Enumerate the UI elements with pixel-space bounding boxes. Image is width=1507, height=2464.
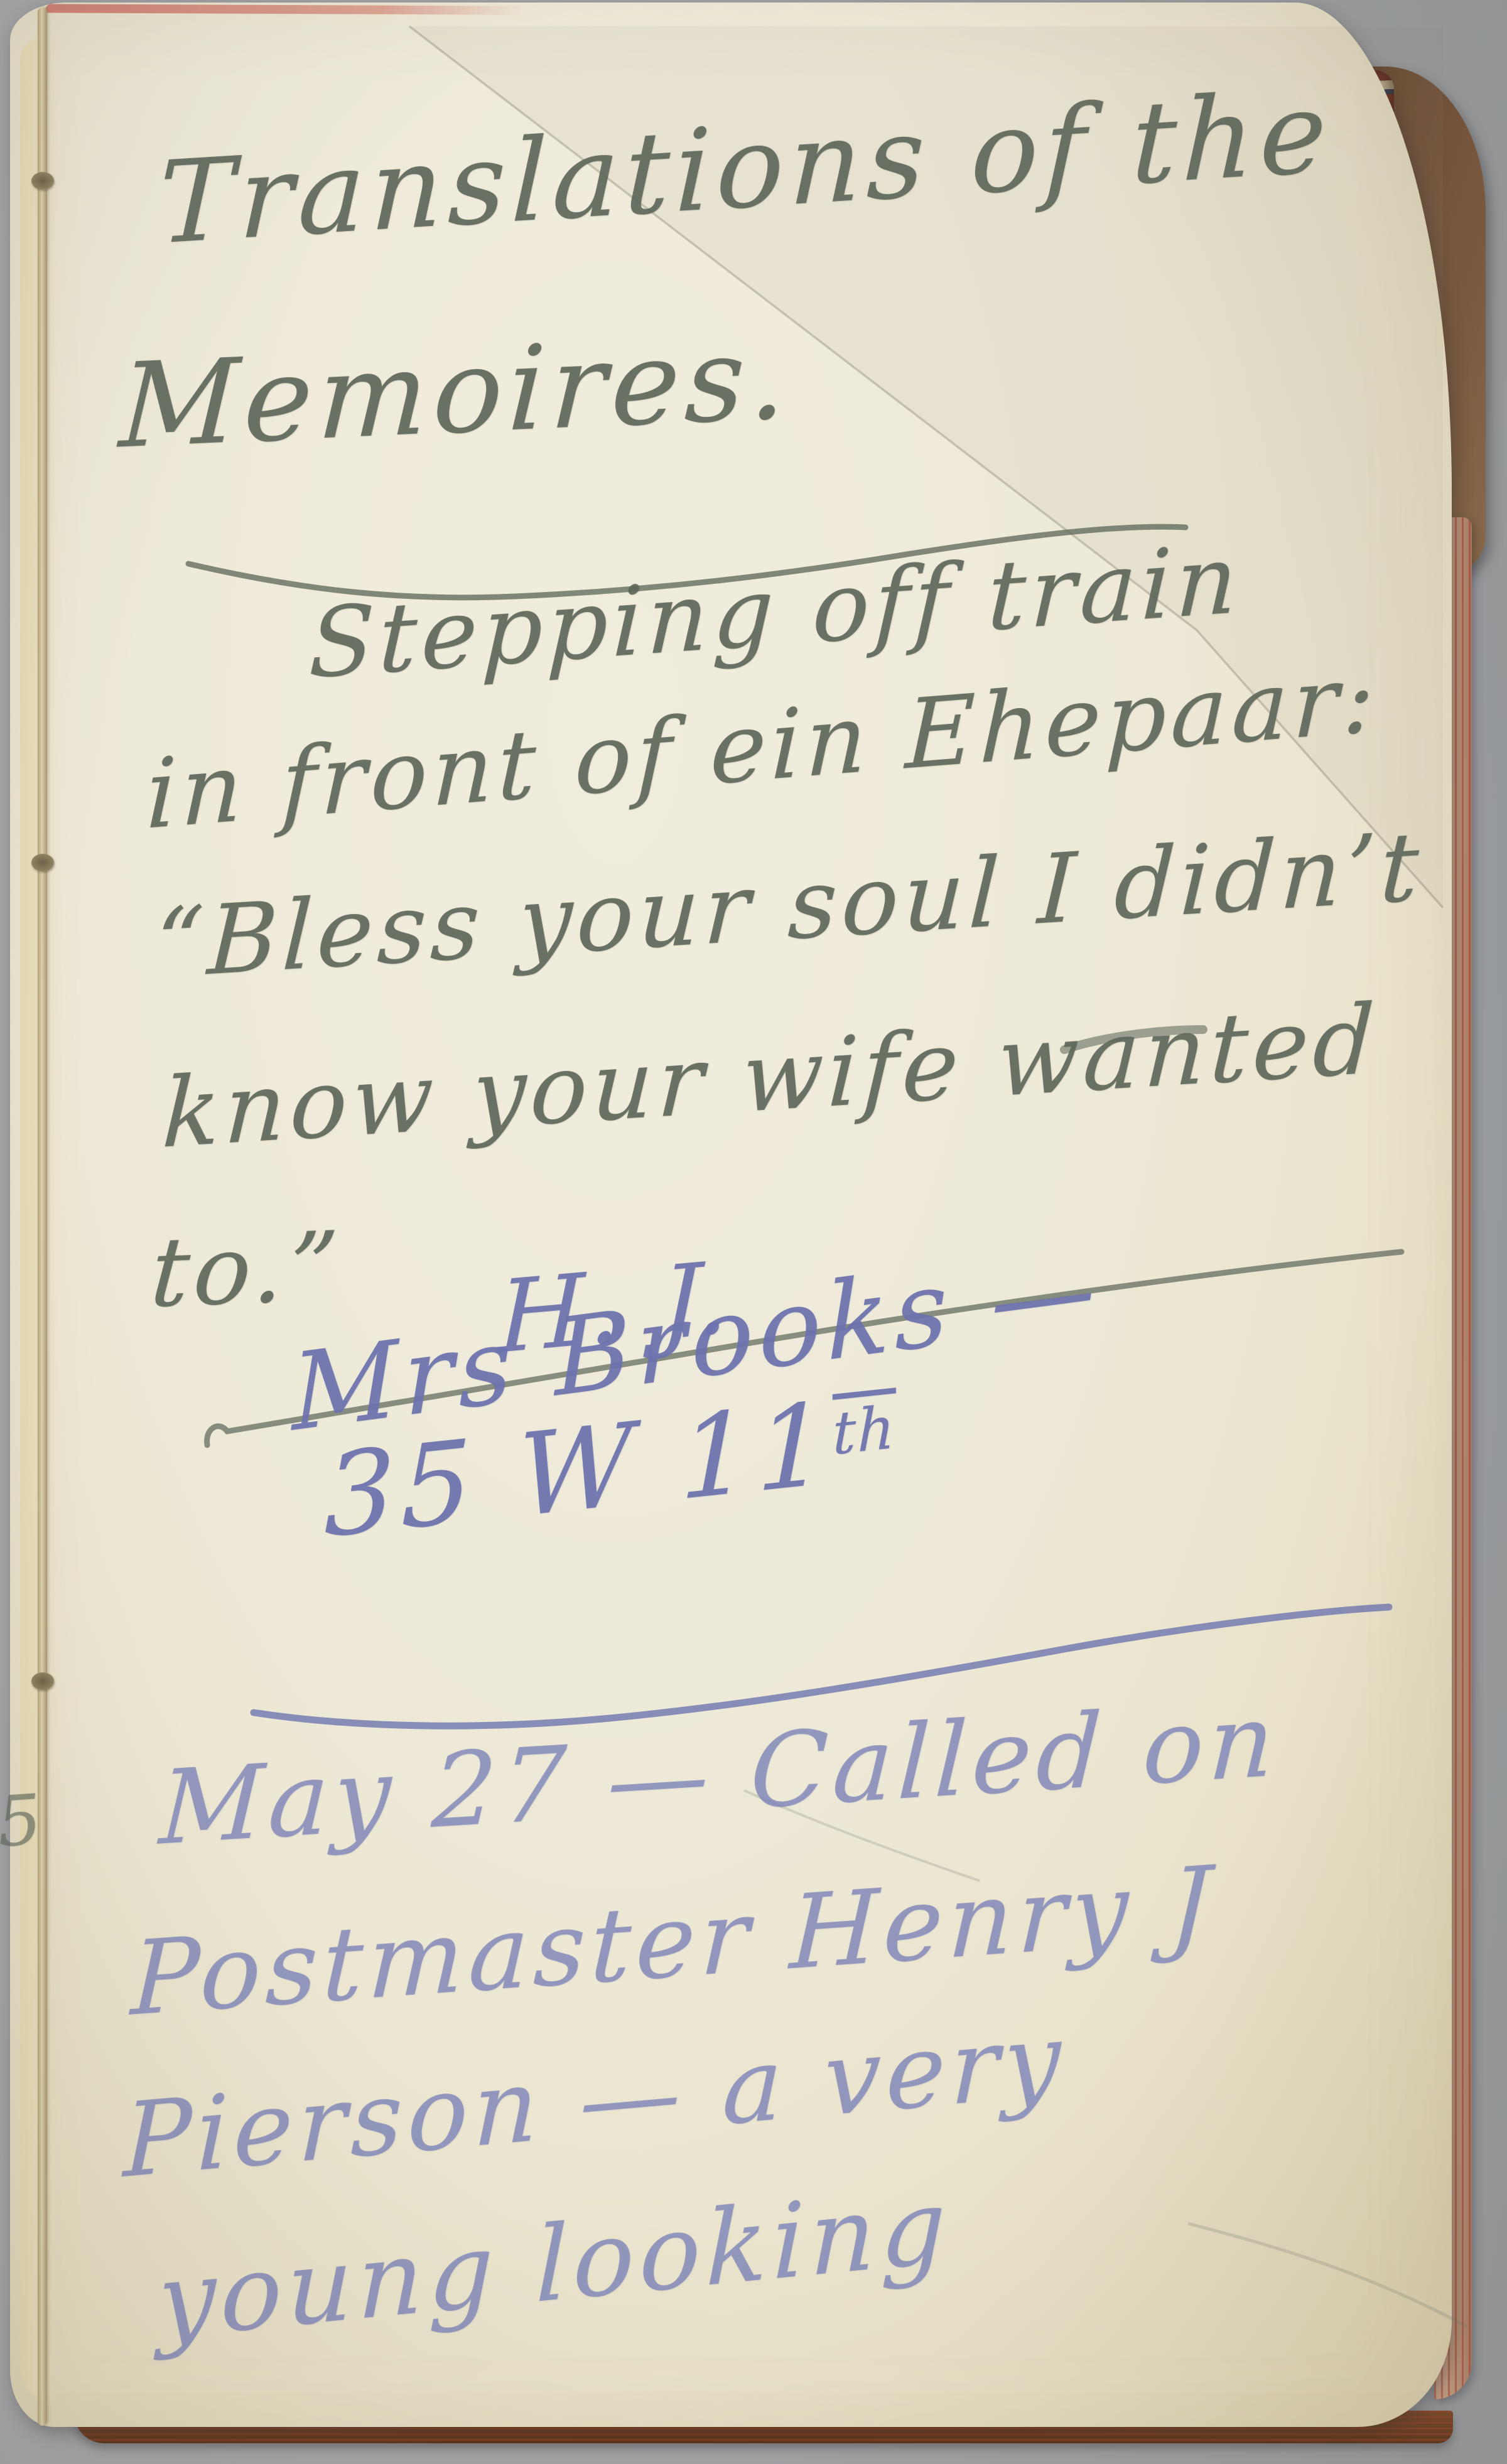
thread-knot <box>31 1672 54 1690</box>
margin-mark: 5 <box>0 1785 46 1857</box>
photo-backdrop: Translations of the Memoires. Stepping o… <box>0 0 1507 2464</box>
binding-thread <box>38 8 47 2426</box>
thread-knot <box>31 854 54 871</box>
handwritten-line-title-2: Memoires. <box>117 319 795 465</box>
handwritten-line-note-5: to.” <box>148 1219 345 1321</box>
red-page-edge-top <box>45 4 522 14</box>
street-ordinal-suffix: th <box>833 1393 896 1468</box>
thread-knot <box>31 172 54 190</box>
